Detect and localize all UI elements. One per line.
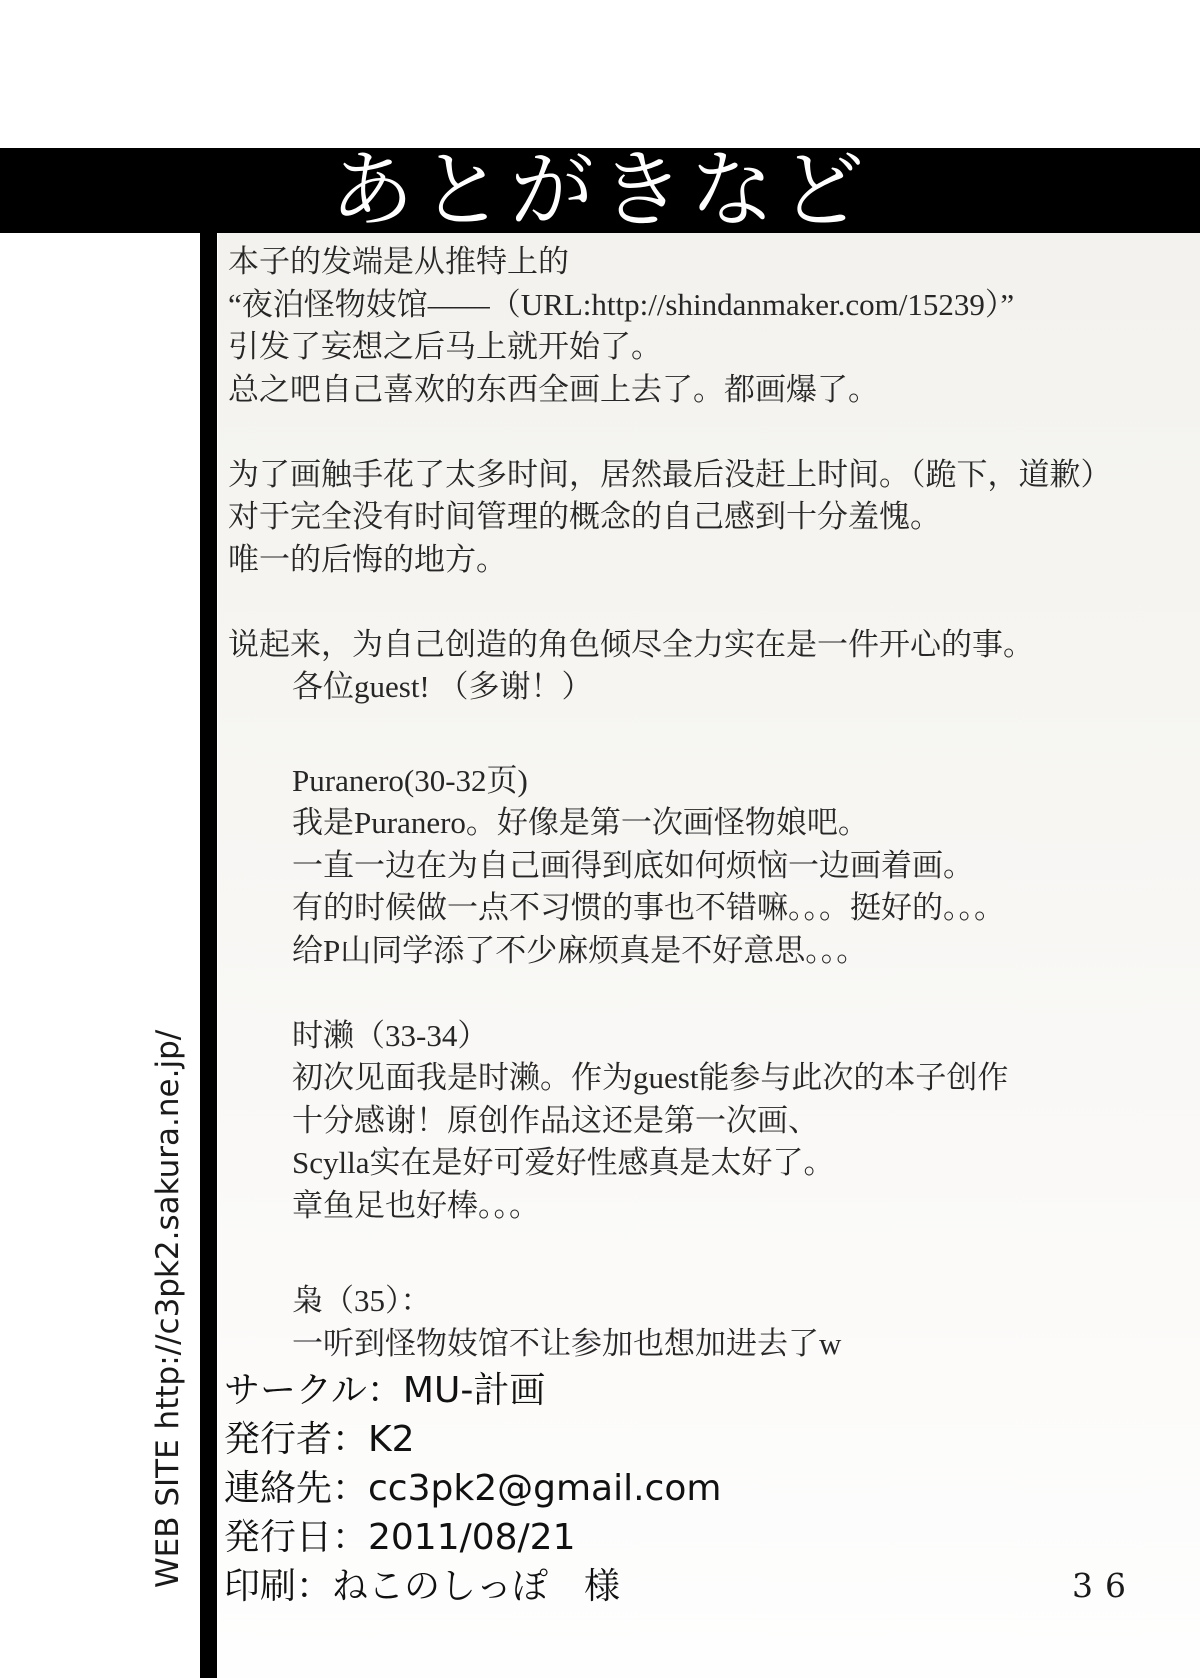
credit-line: サークル：MU-計画 — [224, 1366, 721, 1415]
afterword-line: “夜泊怪物妓馆——（URL:http://shindanmaker.com/15… — [228, 284, 1194, 327]
afterword-line: 有的时候做一点不习惯的事也不错嘛。。。挺好的。。。 — [228, 887, 1194, 930]
afterword-line: 我是Puranero。好像是第一次画怪物娘吧。 — [228, 802, 1194, 845]
left-divider-bar — [200, 233, 217, 1678]
afterword-line: 一听到怪物妓馆不让参加也想加进去了w — [228, 1323, 1194, 1366]
afterword-line: 章鱼足也好棒。。。 — [228, 1185, 1194, 1228]
afterword-line: 初次见面我是时濑。作为guest能参与此次的本子创作 — [228, 1057, 1194, 1100]
afterword-line: 唯一的后悔的地方。 — [228, 539, 1194, 582]
credit-line: 連絡先：cc3pk2@gmail.com — [224, 1464, 721, 1513]
afterword-line: 一直一边在为自己画得到底如何烦恼一边画着画。 — [228, 845, 1194, 888]
afterword-line: 对于完全没有时间管理的概念的自己感到十分羞愧。 — [228, 496, 1194, 539]
afterword-line: 各位guest! （多谢！） — [228, 666, 1194, 709]
credit-line: 印刷：ねこのしっぽ 様 — [224, 1562, 721, 1611]
page-title: あとがきなど — [330, 148, 870, 233]
afterword-line: 本子的发端是从推特上的 — [228, 241, 1194, 284]
afterword-line: 总之吧自己喜欢的东西全画上去了。都画爆了。 — [228, 369, 1194, 412]
afterword-line: 引发了妄想之后马上就开始了。 — [228, 326, 1194, 369]
afterword-line: 说起来，为自己创造的角色倾尽全力实在是一件开心的事。 — [228, 624, 1194, 667]
website-url-vertical-text: WEB SITE http://c3pk2.sakura.ne.jp/ — [148, 1030, 188, 1588]
page-number: 36 — [1072, 1566, 1138, 1605]
credit-line: 発行者：K2 — [224, 1415, 721, 1464]
credit-line: 発行日：2011/08/21 — [224, 1513, 721, 1562]
afterword-line: 时濑（33-34） — [228, 1015, 1194, 1058]
afterword-line: 枭（35）： — [228, 1280, 1194, 1323]
afterword-line: Scylla实在是好可爱好性感真是太好了。 — [228, 1142, 1194, 1185]
afterword-line: 十分感谢！原创作品这还是第一次画、 — [228, 1100, 1194, 1143]
afterword-line: 为了画触手花了太多时间，居然最后没赶上时间。（跪下，道歉） — [228, 454, 1194, 497]
afterword-line: 给P山同学添了不少麻烦真是不好意思。。。 — [228, 930, 1194, 973]
afterword-line: Puranero(30-32页) — [228, 760, 1194, 803]
credits-block: サークル：MU-計画発行者：K2連絡先：cc3pk2@gmail.com発行日：… — [224, 1366, 721, 1611]
afterword-text: 本子的发端是从推特上的“夜泊怪物妓馆——（URL:http://shindanm… — [228, 241, 1194, 1365]
page-header-bar: あとがきなど — [0, 148, 1200, 233]
afterword-page: あとがきなど WEB SITE http://c3pk2.sakura.ne.j… — [0, 0, 1200, 1678]
